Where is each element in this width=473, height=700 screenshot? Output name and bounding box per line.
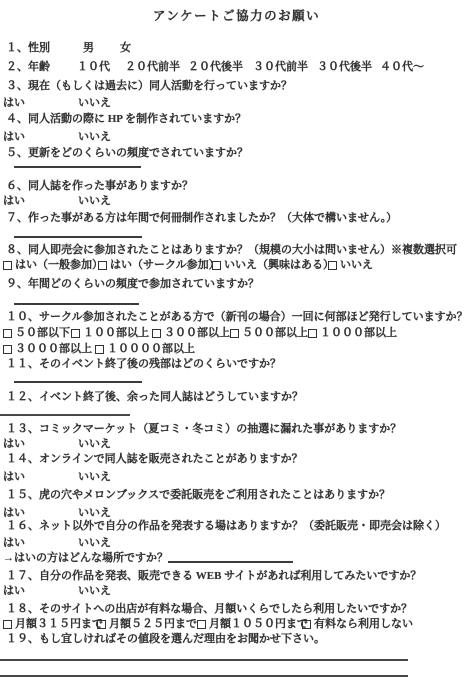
- q2-option-late-20s: ２０代後半: [188, 61, 243, 74]
- checkbox-label: はい（サークル参加）: [110, 259, 220, 272]
- q2-option-10s: １０代: [77, 61, 110, 74]
- checkbox-label: 月額５２５円まで: [109, 618, 197, 631]
- q10-option-100-plus: １００部以上: [71, 327, 149, 340]
- questionnaire-sheet: アンケートご協力のお願い １、性別 男 女 ２、年齢 １０代 ２０代前半 ２０代…: [0, 0, 473, 700]
- q10-checkbox-row-1: ５０部以下 １００部以上 ３００部以上 ５００部以上 １０００部以上: [0, 327, 473, 341]
- answer-row-15: はい いいえ: [0, 507, 473, 521]
- checkbox-label: ５０部以下: [15, 327, 70, 340]
- q8-option-yes-general: はい（一般参加）: [3, 259, 103, 272]
- answer-row-13: はい いいえ: [0, 438, 473, 452]
- page-title: アンケートご協力のお願い: [0, 10, 473, 24]
- q14-no-option: いいえ: [78, 471, 111, 484]
- q19-write-in-line-1: [0, 659, 408, 661]
- checkbox-label: いいえ（興味はある）: [224, 259, 334, 272]
- question-11: １１、そのイベント終了後の残部はどのくらいですか？: [6, 358, 473, 372]
- q6-no-option: いいえ: [78, 195, 111, 208]
- answer-row-4: はい いいえ: [0, 131, 473, 145]
- q1-option-female: 女: [120, 42, 131, 55]
- question-10: １０、サークル参加されたことがある方で（新刊の場合）一回に何部ほど発行しています…: [6, 311, 473, 325]
- q16-follow-up: →はいの方はどんな場所ですか？: [0, 552, 473, 566]
- q18-option-1050yen: 月額１０５０円まで: [197, 618, 308, 631]
- q7-answer-blank-line: [14, 236, 142, 238]
- q10-option-10000-plus: １００００部以上: [95, 343, 195, 356]
- q18-checkbox-row: 月額３１５円まで 月額５２５円まで 月額１０５０円まで 有料なら利用しない: [0, 618, 473, 632]
- q2-option-early-30s: ３０代前半: [253, 61, 308, 74]
- q1-option-male: 男: [83, 42, 94, 55]
- question-7: ７、作った事がある方は年間で何冊制作されましたか？（大体で構いません。）: [6, 212, 473, 226]
- question-5: ５、更新をどのくらいの頻度でされていますか？: [6, 147, 473, 161]
- q11-answer-blank-line: [14, 381, 142, 383]
- checkbox-icon: [71, 329, 80, 338]
- q3-no-option: いいえ: [78, 97, 111, 110]
- checkbox-icon: [308, 329, 317, 338]
- q9-answer-blank-line: [14, 303, 139, 305]
- question-14: １４、オンラインで同人誌を販売されたことがありますか？: [6, 453, 473, 467]
- q16-follow-up-blank-line: [168, 561, 293, 563]
- question-18: １８、そのサイトへの出店が有料な場合、月額いくらでしたら利用したいですか？: [6, 603, 473, 617]
- q4-no-option: いいえ: [78, 131, 111, 144]
- q2-option-late-30s: ３０代後半: [317, 61, 372, 74]
- checkbox-icon: [212, 261, 221, 270]
- checkbox-label: ３０００部以上: [15, 343, 92, 356]
- checkbox-icon: [3, 261, 12, 270]
- checkbox-icon: [3, 345, 12, 354]
- q16-follow-up-text: →はいの方はどんな場所ですか？: [3, 552, 168, 565]
- checkbox-icon: [3, 329, 12, 338]
- checkbox-icon: [302, 620, 311, 629]
- q10-checkbox-row-2: ３０００部以上 １００００部以上: [0, 343, 473, 357]
- question-12: １２、イベント終了後、余った同人誌はどうしていますか？: [6, 391, 473, 405]
- checkbox-icon: [3, 620, 12, 629]
- q19-write-in-line-2: [0, 675, 408, 677]
- q2-option-40s-plus: ４０代～: [380, 61, 424, 74]
- q10-option-3000-plus: ３０００部以上: [3, 343, 92, 356]
- q2-option-early-20s: ２０代前半: [125, 61, 180, 74]
- checkbox-icon: [152, 329, 161, 338]
- question-6: ６、同人誌を作った事がありますか？: [6, 180, 473, 194]
- answer-row-3: はい いいえ: [0, 97, 473, 111]
- checkbox-label: １００００部以上: [107, 343, 195, 356]
- question-13: １３、コミックマーケット（夏コミ・冬コミ）の抽選に漏れた事がありますか？: [6, 423, 473, 437]
- q18-option-no-paid: 有料なら利用しない: [302, 618, 413, 631]
- question-15: １５、虎の穴やメロンブックスで委託販売をご利用されたことはありますか？: [6, 489, 473, 503]
- q3-yes-option: はい: [3, 97, 25, 110]
- q10-option-300-plus: ３００部以上: [152, 327, 230, 340]
- q6-yes-option: はい: [3, 195, 25, 208]
- q14-yes-option: はい: [3, 471, 25, 484]
- question-19: １９、もし宜しければその値段を選んだ理由をお聞かせ下さい。: [6, 633, 473, 647]
- question-4: ４、同人活動の際に HP を制作されていますか？: [6, 113, 473, 127]
- checkbox-label: いいえ: [340, 259, 373, 272]
- q15-no-option: いいえ: [78, 507, 111, 520]
- q10-option-500-plus: ５００部以上: [230, 327, 308, 340]
- checkbox-icon: [95, 345, 104, 354]
- question-8: ８、同人即売会に参加されたことはありますか？（規模の大小は問いません）※複数選択…: [6, 244, 473, 258]
- q15-yes-option: はい: [3, 507, 25, 520]
- checkbox-icon: [97, 620, 106, 629]
- question-1: １、性別 男 女: [0, 42, 473, 56]
- checkbox-icon: [197, 620, 206, 629]
- checkbox-label: ３００部以上: [164, 327, 230, 340]
- checkbox-label: １０００部以上: [320, 327, 397, 340]
- checkbox-label: はい（一般参加）: [15, 259, 103, 272]
- answer-row-14: はい いいえ: [0, 471, 473, 485]
- q18-option-525yen: 月額５２５円まで: [97, 618, 197, 631]
- checkbox-label: 月額３１５円まで: [15, 618, 103, 631]
- q13-no-option: いいえ: [78, 438, 111, 451]
- q16-yes-option: はい: [3, 537, 25, 550]
- q8-checkbox-row: はい（一般参加） はい（サークル参加） いいえ（興味はある） いいえ: [0, 259, 473, 273]
- checkbox-label: 有料なら利用しない: [314, 618, 413, 631]
- q18-option-315yen: 月額３１５円まで: [3, 618, 103, 631]
- q8-option-no: いいえ: [328, 259, 373, 272]
- checkbox-label: 月額１０５０円まで: [209, 618, 308, 631]
- q10-option-1000-plus: １０００部以上: [308, 327, 397, 340]
- q10-option-under-50: ５０部以下: [3, 327, 70, 340]
- q8-option-yes-circle: はい（サークル参加）: [98, 259, 220, 272]
- question-2-label: ２、年齢: [6, 61, 50, 74]
- answer-row-6: はい いいえ: [0, 195, 473, 209]
- checkbox-icon: [230, 329, 239, 338]
- checkbox-icon: [98, 261, 107, 270]
- answer-row-17: はい いいえ: [0, 585, 473, 599]
- q12-answer-blank-line: [0, 414, 130, 416]
- q5-answer-blank-line: [14, 166, 141, 168]
- q4-yes-option: はい: [3, 131, 25, 144]
- checkbox-label: ５００部以上: [242, 327, 308, 340]
- q17-no-option: いいえ: [78, 585, 111, 598]
- question-17: １７、自分の作品を発表、販売できる WEB サイトがあれば利用してみたいですか？: [6, 570, 473, 584]
- question-16: １６、ネット以外で自分の作品を発表する場はありますか？（委託販売・即売会は除く）: [6, 520, 473, 534]
- question-9: ９、年間どのくらいの頻度で参加されていますか？: [6, 278, 473, 292]
- q8-option-no-interested: いいえ（興味はある）: [212, 259, 334, 272]
- checkbox-icon: [328, 261, 337, 270]
- question-3: ３、現在（もしくは過去に）同人活動を行っていますか？: [6, 80, 473, 94]
- q13-yes-option: はい: [3, 438, 25, 451]
- question-2: ２、年齢 １０代 ２０代前半 ２０代後半 ３０代前半 ３０代後半 ４０代～: [0, 61, 473, 75]
- q16-no-option: いいえ: [78, 537, 111, 550]
- checkbox-label: １００部以上: [83, 327, 149, 340]
- answer-row-16: はい いいえ: [0, 537, 473, 551]
- question-1-label: １、性別: [6, 42, 50, 55]
- q17-yes-option: はい: [3, 585, 25, 598]
